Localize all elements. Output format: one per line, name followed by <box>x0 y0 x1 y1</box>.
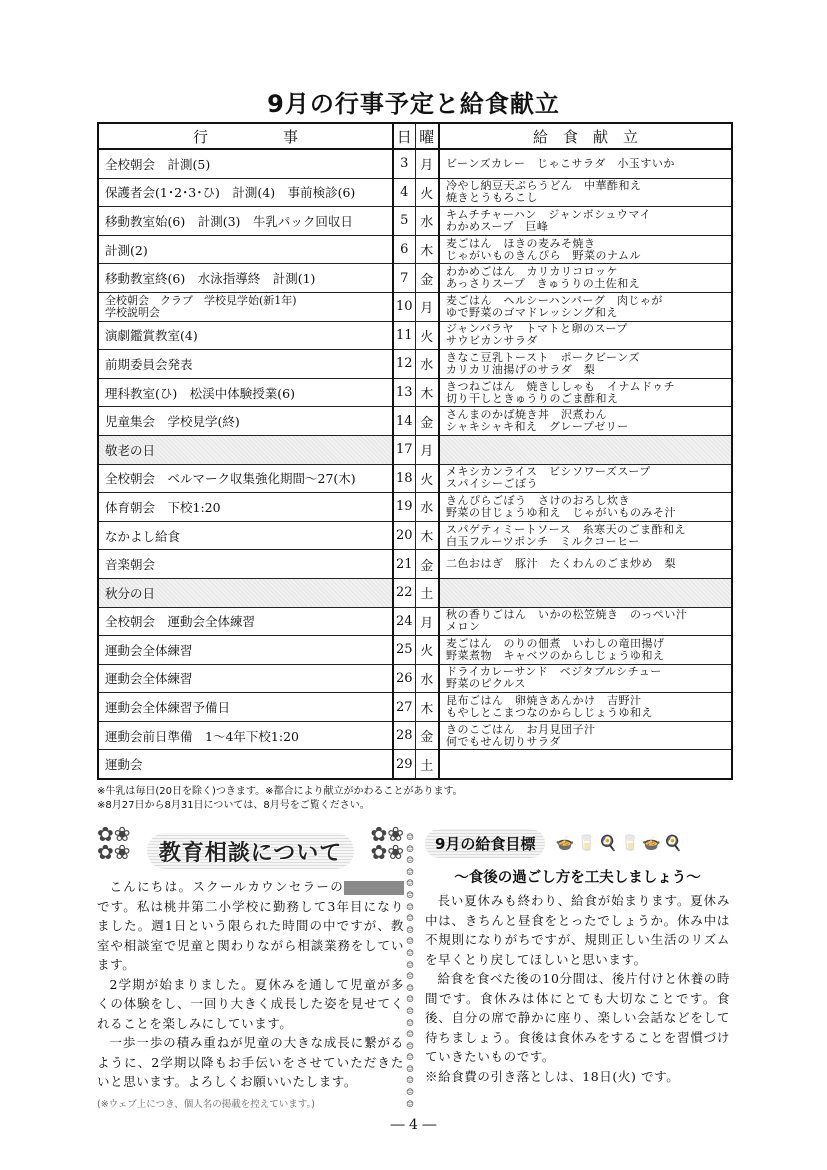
date-cell: 6 <box>393 235 415 264</box>
table-row: 運動会29土 <box>98 750 732 779</box>
table-row: なかよし給食20木スパゲティミートソース 糸寒天のごま酢和え白玉フルーツポンチ … <box>98 521 732 550</box>
weekday-cell: 水 <box>415 207 439 236</box>
table-row: 移動教室始(6) 計測(3) 牛乳パック回収日5水キムチチャーハン ジャンボシュ… <box>98 207 732 236</box>
date-cell: 13 <box>393 378 415 407</box>
menu-cell: 麦ごはん のりの佃煮 いわしの竜田揚げ野菜煮物 キャベツのからしじょうゆ和え <box>439 636 732 665</box>
event-cell: 児童集会 学校見学(終) <box>98 407 393 436</box>
menu-cell: きつねごはん 焼きししゃも イナムドゥチ切り干しときゅうりのごま酢和え <box>439 378 732 407</box>
date-cell: 11 <box>393 321 415 350</box>
event-cell: 運動会全体練習 <box>98 636 393 665</box>
table-row: 体育朝会 下校1:2019水きんぴらごぼう さけのおろし炊き野菜の甘じょうゆ和え… <box>98 493 732 522</box>
weekday-cell: 火 <box>415 636 439 665</box>
menu-cell: きなこ豆乳トースト ポークビーンズカリカリ油揚げのサラダ 梨 <box>439 350 732 379</box>
schedule-menu-table: 行 事 日 曜 給 食 献 立 全校朝会 計測(5)3月ビーンズカレー じゃこサ… <box>97 122 733 780</box>
menu-cell: きのこごはん お月見団子汁何でもせん切りサラダ <box>439 721 732 750</box>
header-menu: 給 食 献 立 <box>439 123 732 149</box>
menu-cell: ドライカレーサンド ベジタブルシチュー野菜のピクルス <box>439 664 732 693</box>
table-row: 全校朝会 計測(5)3月ビーンズカレー じゃこサラダ 小玉すいか <box>98 149 732 178</box>
weekday-cell: 木 <box>415 235 439 264</box>
event-cell: 全校朝会 ベルマーク収集強化期間～27(木) <box>98 464 393 493</box>
weekday-cell: 金 <box>415 264 439 293</box>
food-icons: 🍲🥛🍳🥛🍲🍳 <box>555 834 685 852</box>
redacted-name <box>344 881 404 895</box>
lunch-fee-note: ※給食費の引き落としは、18日(火) です。 <box>425 1067 730 1087</box>
date-cell: 25 <box>393 636 415 665</box>
weekday-cell: 木 <box>415 521 439 550</box>
date-cell: 10 <box>393 292 415 321</box>
lunch-goal-subtitle: ～食後の過ごし方を工夫しましょう～ <box>425 866 730 887</box>
table-row: 全校朝会 運動会全体練習24月秋の香りごはん いかの松笠焼き のっぺい汁メロン <box>98 607 732 636</box>
table-row: 運動会全体練習25火麦ごはん のりの佃煮 いわしの竜田揚げ野菜煮物 キャベツのか… <box>98 636 732 665</box>
weekday-cell: 火 <box>415 178 439 207</box>
lunch-goal-paragraph: 長い夏休みも終わり、給食が始まります。夏休み中は、きちんと昼食をとったでしょうか… <box>425 891 730 969</box>
event-cell: 音楽朝会 <box>98 550 393 579</box>
event-cell: 全校朝会 計測(5) <box>98 149 393 178</box>
menu-cell: キムチチャーハン ジャンボシュウマイわかめスープ 巨峰 <box>439 207 732 236</box>
date-cell: 26 <box>393 664 415 693</box>
weekday-cell: 火 <box>415 321 439 350</box>
table-row: 運動会全体練習26水ドライカレーサンド ベジタブルシチュー野菜のピクルス <box>98 664 732 693</box>
weekday-cell: 水 <box>415 493 439 522</box>
weekday-cell: 水 <box>415 350 439 379</box>
event-cell: 理科教室(ひ) 松渓中体験授業(6) <box>98 378 393 407</box>
table-row: 敬老の日17月 <box>98 435 732 464</box>
date-cell: 29 <box>393 750 415 779</box>
table-row: 計測(2)6木麦ごはん ほきの麦みそ焼きじゃがいものきんぴら 野菜のナムル <box>98 235 732 264</box>
flower-icon: ✿❀✿❀ <box>354 825 404 877</box>
weekday-cell: 金 <box>415 721 439 750</box>
counseling-banner: ✿❀✿❀ 教育相談について ✿❀✿❀ <box>97 825 404 877</box>
menu-cell: ビーンズカレー じゃこサラダ 小玉すいか <box>439 149 732 178</box>
table-row: 秋分の日22土 <box>98 578 732 607</box>
menu-cell: わかめごはん カリカリコロッケあっさりスープ きゅうりの土佐和え <box>439 264 732 293</box>
date-cell: 19 <box>393 493 415 522</box>
counseling-section: ✿❀✿❀ 教育相談について ✿❀✿❀ こんにちは。スクールカウンセラーのです。私… <box>97 825 404 1110</box>
table-row: 運動会前日準備 1～4年下校1:2028金きのこごはん お月見団子汁何でもせん切… <box>98 721 732 750</box>
date-cell: 22 <box>393 578 415 607</box>
event-cell: 全校朝会 クラブ 学校見学始(新1年)学校説明会 <box>98 292 393 321</box>
lunch-goal-section: 9月の給食目標 🍲🥛🍳🥛🍲🍳 ～食後の過ごし方を工夫しましょう～ 長い夏休みも終… <box>425 828 730 1086</box>
table-row: 移動教室終(6) 水泳指導終 計測(1)7金わかめごはん カリカリコロッケあっさ… <box>98 264 732 293</box>
date-cell: 28 <box>393 721 415 750</box>
table-row: 児童集会 学校見学(終)14金さんまのかば焼き丼 沢煮わんシャキシャキ和え グレ… <box>98 407 732 436</box>
lunch-goal-heading: 9月の給食目標 <box>425 829 545 858</box>
menu-cell <box>439 578 732 607</box>
event-cell: 運動会前日準備 1～4年下校1:20 <box>98 721 393 750</box>
table-row: 保護者会(1･2･3･ひ) 計測(4) 事前検診(6)4火冷やし納豆天ぷらうどん… <box>98 178 732 207</box>
menu-cell: 秋の香りごはん いかの松笠焼き のっぺい汁メロン <box>439 607 732 636</box>
menu-cell: きんぴらごぼう さけのおろし炊き野菜の甘じょうゆ和え じゃがいものみそ汁 <box>439 493 732 522</box>
table-row: 理科教室(ひ) 松渓中体験授業(6)13木きつねごはん 焼きししゃも イナムドゥ… <box>98 378 732 407</box>
menu-cell: メキシカンライス ビシソワーズスープスパイシーごぼう <box>439 464 732 493</box>
weekday-cell: 月 <box>415 292 439 321</box>
page-number: ― 4 ― <box>0 1117 827 1133</box>
menu-cell <box>439 750 732 779</box>
counseling-paragraph: 一歩一歩の積み重ねが児童の大きな成長に繋がるように、2学期以降もお手伝いをさせて… <box>97 1033 404 1092</box>
lunch-goal-header: 9月の給食目標 🍲🥛🍳🥛🍲🍳 <box>425 828 730 858</box>
table-row: 全校朝会 クラブ 学校見学始(新1年)学校説明会10月麦ごはん ヘルシーハンバー… <box>98 292 732 321</box>
table-row: 音楽朝会21金二色おはぎ 豚汁 たくわんのごま炒め 梨 <box>98 550 732 579</box>
header-date: 日 <box>393 123 415 149</box>
weekday-cell: 月 <box>415 435 439 464</box>
counseling-paragraph: 2学期が始まりました。夏休みを通して児童が多くの体験をし、一回り大きく成長した姿… <box>97 975 404 1034</box>
table-header-row: 行 事 日 曜 給 食 献 立 <box>98 123 732 149</box>
page-title: 9月の行事予定と給食献立 <box>0 84 827 119</box>
date-cell: 3 <box>393 149 415 178</box>
event-cell: 演劇鑑賞教室(4) <box>98 321 393 350</box>
note-line: ※牛乳は毎日(20日を除く)つきます。※都合により献立がかわることがあります。 <box>97 785 463 799</box>
date-cell: 4 <box>393 178 415 207</box>
header-events: 行 事 <box>98 123 393 149</box>
smiley-divider-icon: ☺☺☹☺☺☹☺☺☹☺☺☺☹☺☺☹☺☺☹☺☺☺☹☺ <box>404 833 416 1111</box>
header-weekday: 曜 <box>415 123 439 149</box>
weekday-cell: 金 <box>415 550 439 579</box>
flower-icon: ✿❀✿❀ <box>97 825 147 877</box>
weekday-cell: 火 <box>415 464 439 493</box>
date-cell: 21 <box>393 550 415 579</box>
menu-cell: 麦ごはん ほきの麦みそ焼きじゃがいものきんぴら 野菜のナムル <box>439 235 732 264</box>
event-cell: 運動会 <box>98 750 393 779</box>
event-cell: 体育朝会 下校1:20 <box>98 493 393 522</box>
lunch-goal-body: 長い夏休みも終わり、給食が始まります。夏休み中は、きちんと昼食をとったでしょうか… <box>425 891 730 1086</box>
event-cell: 敬老の日 <box>98 435 393 464</box>
weekday-cell: 月 <box>415 607 439 636</box>
event-cell: 秋分の日 <box>98 578 393 607</box>
weekday-cell: 木 <box>415 693 439 722</box>
event-cell: 保護者会(1･2･3･ひ) 計測(4) 事前検診(6) <box>98 178 393 207</box>
event-cell: 移動教室終(6) 水泳指導終 計測(1) <box>98 264 393 293</box>
event-cell: 全校朝会 運動会全体練習 <box>98 607 393 636</box>
menu-cell: 麦ごはん ヘルシーハンバーグ 肉じゃがゆで野菜のゴマドレッシング和え <box>439 292 732 321</box>
table-row: 前期委員会発表12水きなこ豆乳トースト ポークビーンズカリカリ油揚げのサラダ 梨 <box>98 350 732 379</box>
menu-cell: 冷やし納豆天ぷらうどん 中華酢和え焼きとうもろこし <box>439 178 732 207</box>
table-row: 全校朝会 ベルマーク収集強化期間～27(木)18火メキシカンライス ビシソワーズ… <box>98 464 732 493</box>
event-cell: 計測(2) <box>98 235 393 264</box>
date-cell: 5 <box>393 207 415 236</box>
menu-cell: スパゲティミートソース 糸寒天のごま酢和え白玉フルーツポンチ ミルクコーヒー <box>439 521 732 550</box>
weekday-cell: 水 <box>415 664 439 693</box>
date-cell: 18 <box>393 464 415 493</box>
event-cell: 移動教室始(6) 計測(3) 牛乳パック回収日 <box>98 207 393 236</box>
date-cell: 17 <box>393 435 415 464</box>
date-cell: 20 <box>393 521 415 550</box>
menu-cell: ジャンバラヤ トマトと卵のスープサウビカンサラダ <box>439 321 732 350</box>
table-row: 運動会全体練習予備日27木昆布ごはん 卵焼きあんかけ 吉野汁もやしとこまつなのか… <box>98 693 732 722</box>
web-privacy-note: (※ウェブ上につき、個人名の掲載を控えています。) <box>97 1096 404 1110</box>
event-cell: 運動会全体練習予備日 <box>98 693 393 722</box>
date-cell: 24 <box>393 607 415 636</box>
date-cell: 12 <box>393 350 415 379</box>
counseling-body: こんにちは。スクールカウンセラーのです。私は桃井第二小学校に勤務して3年目になり… <box>97 877 404 1092</box>
weekday-cell: 金 <box>415 407 439 436</box>
note-line: ※8月27日から8月31日については、8月号をご覧ください。 <box>97 799 463 813</box>
table-notes: ※牛乳は毎日(20日を除く)つきます。※都合により献立がかわることがあります。 … <box>97 785 463 813</box>
menu-cell: 昆布ごはん 卵焼きあんかけ 吉野汁もやしとこまつなのからしじょうゆ和え <box>439 693 732 722</box>
counseling-heading: 教育相談について <box>159 836 343 867</box>
event-cell: 前期委員会発表 <box>98 350 393 379</box>
menu-cell: 二色おはぎ 豚汁 たくわんのごま炒め 梨 <box>439 550 732 579</box>
event-cell: 運動会全体練習 <box>98 664 393 693</box>
menu-cell: さんまのかば焼き丼 沢煮わんシャキシャキ和え グレープゼリー <box>439 407 732 436</box>
event-cell: なかよし給食 <box>98 521 393 550</box>
table-row: 演劇鑑賞教室(4)11火ジャンバラヤ トマトと卵のスープサウビカンサラダ <box>98 321 732 350</box>
date-cell: 14 <box>393 407 415 436</box>
weekday-cell: 土 <box>415 578 439 607</box>
date-cell: 7 <box>393 264 415 293</box>
weekday-cell: 土 <box>415 750 439 779</box>
menu-cell <box>439 435 732 464</box>
weekday-cell: 木 <box>415 378 439 407</box>
date-cell: 27 <box>393 693 415 722</box>
lunch-goal-paragraph: 給食を食べた後の10分間は、後片付けと休養の時間です。食休みは体にとても大切なこ… <box>425 969 730 1067</box>
weekday-cell: 月 <box>415 149 439 178</box>
